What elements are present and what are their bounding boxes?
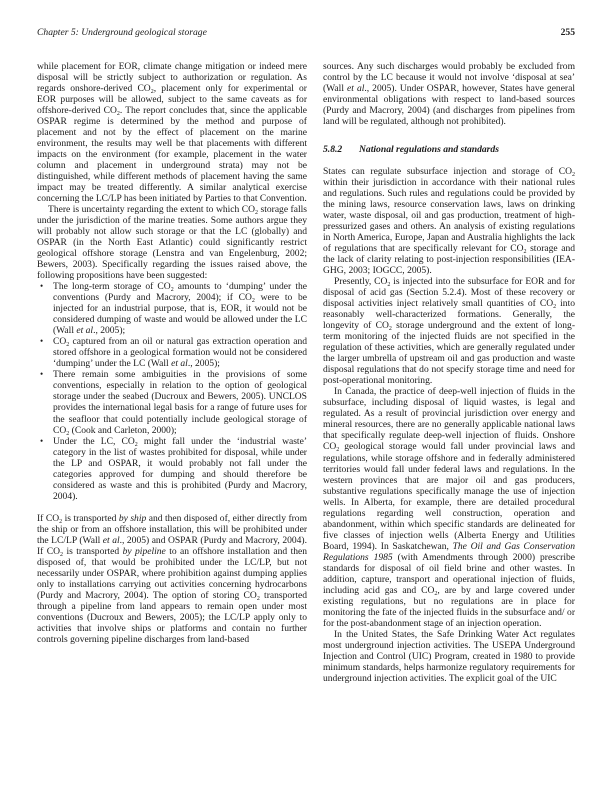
left-column: while placement for EOR, climate change … (37, 61, 307, 645)
paragraph: In Canada, the practice of deep-well inj… (323, 386, 575, 628)
bullet-icon: • (40, 281, 43, 292)
list-item: •The long-term storage of CO2 amounts to… (37, 281, 307, 336)
paragraph: States can regulate subsurface injection… (323, 166, 575, 276)
section-number: 5.8.2 (323, 144, 359, 155)
paragraph: sources. Any such discharges would proba… (323, 61, 575, 127)
paragraph: while placement for EOR, climate change … (37, 61, 307, 204)
paragraph: If CO2 is transported by ship and then d… (37, 513, 307, 645)
list-item: •Under the LC, CO2 might fall under the … (37, 436, 307, 502)
section-title: National regulations and standards (359, 144, 499, 155)
section-heading: 5.8.2National regulations and standards (323, 144, 575, 155)
bullet-icon: • (40, 436, 43, 447)
list-item: •There remain some ambiguities in the pr… (37, 369, 307, 435)
paragraph: There is uncertainty regarding the exten… (37, 204, 307, 281)
propositions-list: •The long-term storage of CO2 amounts to… (37, 281, 307, 501)
right-column: sources. Any such discharges would proba… (323, 61, 575, 684)
paragraph: In the United States, the Safe Drinking … (323, 629, 575, 684)
bullet-icon: • (40, 336, 43, 347)
page-number: 255 (561, 27, 575, 38)
list-item: •CO2 captured from an oil or natural gas… (37, 336, 307, 369)
paragraph: Presently, CO2 is injected into the subs… (323, 276, 575, 386)
chapter-title: Chapter 5: Underground geological storag… (37, 27, 207, 38)
bullet-icon: • (40, 369, 43, 380)
running-header: Chapter 5: Underground geological storag… (37, 27, 575, 41)
